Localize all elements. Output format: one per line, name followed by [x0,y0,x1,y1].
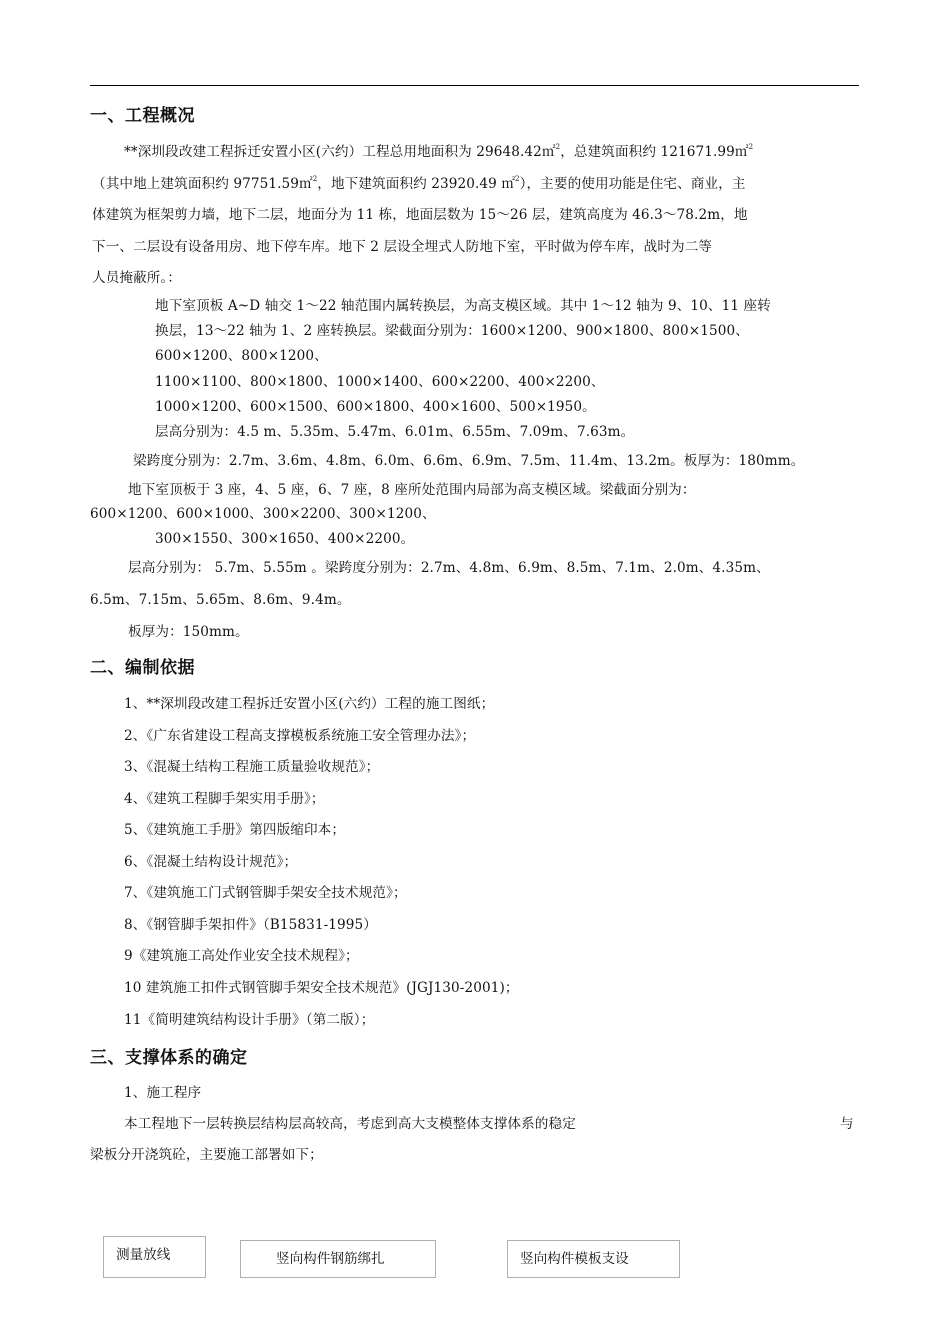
local-line-6: 板厚为：150mm。 [128,620,249,640]
basis-item-9: 9《建筑施工高处作业安全技术规程》； [124,944,359,964]
text: ，总建筑面积约 121671.99㎡ [560,144,748,160]
transfer-line-6: 层高分别为：4.5 m、5.35m、5.47m、6.01m、6.55m、7.09… [155,420,634,440]
text: （其中地上建筑面积约 97751.59㎡ [92,176,313,192]
section-heading-overview: 一、工程概况 [90,101,195,126]
basis-item-2: 2、《广东省建设工程高支撑模板系统施工安全管理办法》； [124,724,475,744]
section-heading-basis: 二、编制依据 [90,653,195,678]
basis-item-4: 4、《建筑工程脚手架实用手册》； [124,787,325,807]
basis-item-8: 8、《钢管脚手架扣件》（B15831-1995） [124,913,377,933]
section-heading-support-system: 三、支撑体系的确定 [90,1043,248,1068]
overview-line-5: 人员掩蔽所。： [92,266,181,286]
basis-item-6: 6、《混凝土结构设计规范》； [124,850,297,870]
overview-line-4: 下一、二层设有设备用房、地下停车库。地下 2 层设全埋式人防地下室，平时做为停车… [92,235,712,255]
sequence-line-2: 梁板分开浇筑砼，主要施工部署如下； [90,1143,323,1163]
transfer-line-2: 换层，13～22 轴为 1、2 座转换层。梁截面分别为：1600×1200、90… [155,319,749,339]
transfer-line-1: 地下室顶板 A~D 轴交 1～22 轴范围内属转换层，为高支模区域。其中 1～1… [155,294,771,314]
transfer-line-5: 1000×1200、600×1500、600×1800、400×1600、500… [155,395,596,415]
overview-line-1: **深圳段改建工程拆迁安置小区(六约）工程总用地面积为 29648.42㎡2，总… [124,140,753,160]
basis-item-1: 1、**深圳段改建工程拆迁安置小区(六约）工程的施工图纸； [124,692,494,712]
flow-box-formwork: 竖向构件模板支设 [507,1240,680,1278]
flow-box-survey: 测量放线 [103,1236,206,1278]
subheading-construction-sequence: 1、施工程序 [124,1081,201,1101]
local-line-4: 层高分别为： 5.7m、5.55m 。梁跨度分别为：2.7m、4.8m、6.9m… [128,556,770,576]
basis-item-11: 11《简明建筑结构设计手册》（第二版）； [124,1008,374,1028]
text: ），主要的使用功能是住宅、商业，主 [520,176,746,192]
sequence-line-1: 本工程地下一层转换层结构层高较高，考虑到高大支模整体支撑体系的稳定 [124,1112,576,1132]
header-rule [90,85,859,86]
basis-item-5: 5、《建筑施工手册》第四版缩印本； [124,818,345,838]
overview-line-3: 体建筑为框架剪力墙，地下二层，地面分为 11 栋，地面层数为 15～26 层，建… [92,203,748,223]
flow-box-rebar: 竖向构件钢筋绑扎 [240,1240,436,1278]
local-line-2: 600×1200、600×1000、300×2200、300×1200、 [90,502,436,522]
sequence-line-1-tail: 与 [840,1112,854,1132]
local-line-1: 地下室顶板于 3 座，4、5 座，6、7 座，8 座所处范围内局部为高支模区域。… [128,478,696,498]
local-line-5: 6.5m、7.15m、5.65m、8.6m、9.4m。 [90,588,351,608]
superscript: 2 [749,143,754,151]
basis-item-3: 3、《混凝土结构工程施工质量验收规范》； [124,755,379,775]
basis-item-7: 7、《建筑施工门式钢管脚手架安全技术规范》； [124,881,407,901]
text: **深圳段改建工程拆迁安置小区(六约）工程总用地面积为 29648.42㎡ [124,144,556,160]
transfer-line-3: 600×1200、800×1200、 [155,344,328,364]
basis-item-10: 10 建筑施工扣件式钢管脚手架安全技术规范》(JGJ130-2001)； [124,976,519,996]
transfer-line-4: 1100×1100、800×1800、1000×1400、600×2200、40… [155,370,605,390]
overview-line-2: （其中地上建筑面积约 97751.59㎡2，地下建筑面积约 23920.49 ㎡… [92,172,746,192]
transfer-line-7: 梁跨度分别为：2.7m、3.6m、4.8m、6.0m、6.6m、6.9m、7.5… [133,449,804,469]
text: ，地下建筑面积约 23920.49 ㎡ [317,176,515,192]
local-line-3: 300×1550、300×1650、400×2200。 [155,527,414,547]
